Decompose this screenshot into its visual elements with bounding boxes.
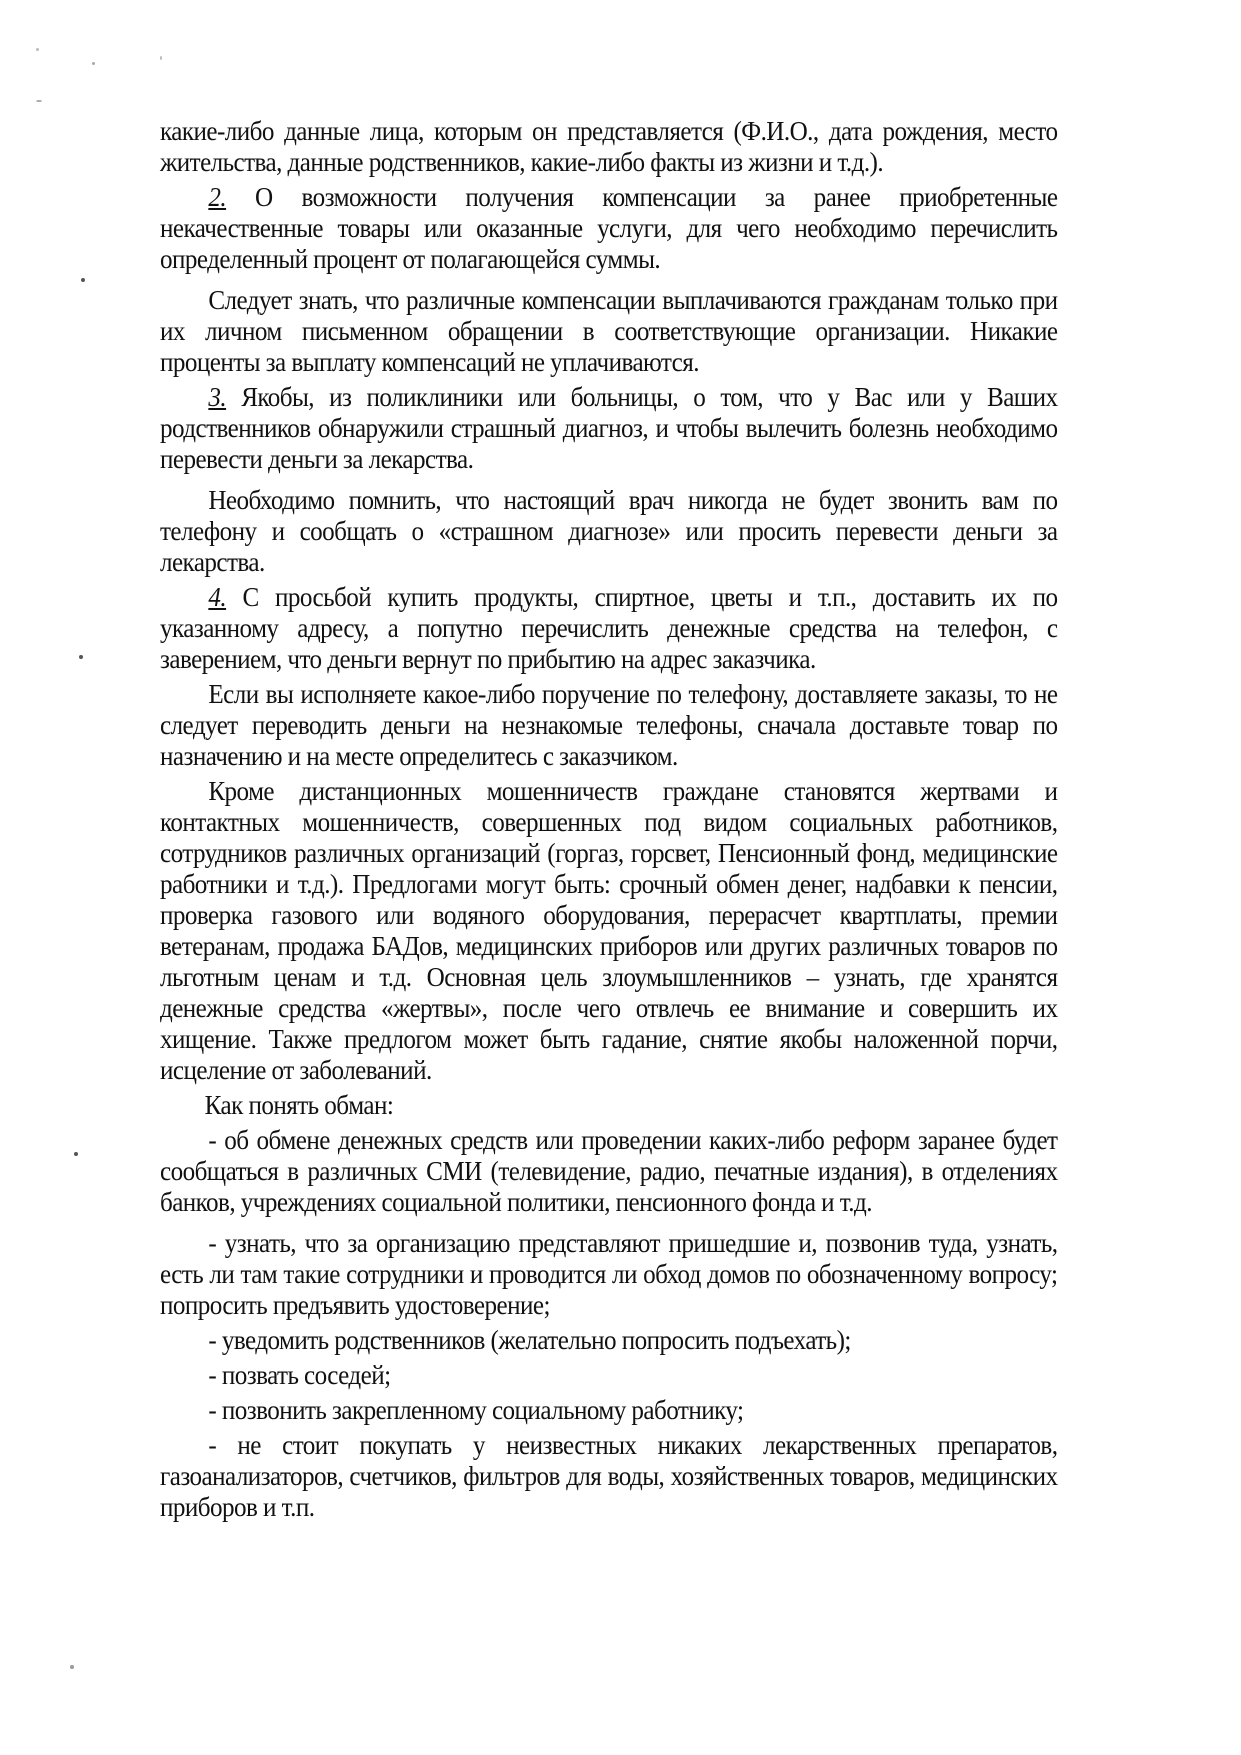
item-number: 3. [208,382,226,412]
list-item-verify-organization: - узнать, что за организацию представляю… [160,1228,1057,1321]
scan-mark [36,48,39,51]
paragraph-contact-fraud: Кроме дистанционных мошенничеств граждан… [160,776,1057,1086]
item-number: 4. [208,582,226,612]
scan-mark [160,56,162,60]
heading-how-to-detect: Как понять обман: [160,1090,1057,1121]
paragraph-compensation-note: Следует знать, что различные компенсации… [160,285,1057,378]
paragraph-item-3: 3. Якобы, из поликлиники или больницы, о… [160,382,1057,475]
list-item-notify-relatives: - уведомить родственников (желательно по… [160,1325,1057,1356]
list-item-call-neighbors: - позвать соседей; [160,1360,1057,1391]
scan-mark [74,1152,78,1156]
list-item-call-social-worker: - позвонить закрепленному социальному ра… [160,1395,1057,1426]
paragraph-intro-continuation: какие-либо данные лица, которым он предс… [160,116,1057,178]
paragraph-item-2: 2. О возможности получения компенсации з… [160,182,1057,275]
paragraph-delivery-note: Если вы исполняете какое-либо поручение … [160,679,1057,772]
list-item-do-not-buy: - не стоит покупать у неизвестных никаки… [160,1430,1057,1523]
document-page: какие-либо данные лица, которым он предс… [160,116,1057,1523]
list-item-media-notice: - об обмене денежных средств или проведе… [160,1125,1057,1218]
scan-mark [79,655,83,659]
scan-mark [36,100,42,102]
scan-mark [70,1665,74,1669]
paragraph-doctor-note: Необходимо помнить, что настоящий врач н… [160,485,1057,578]
paragraph-item-4: 4. С просьбой купить продукты, спиртное,… [160,582,1057,675]
scan-mark [92,62,95,65]
item-number: 2. [208,182,226,212]
scan-mark [81,278,85,282]
